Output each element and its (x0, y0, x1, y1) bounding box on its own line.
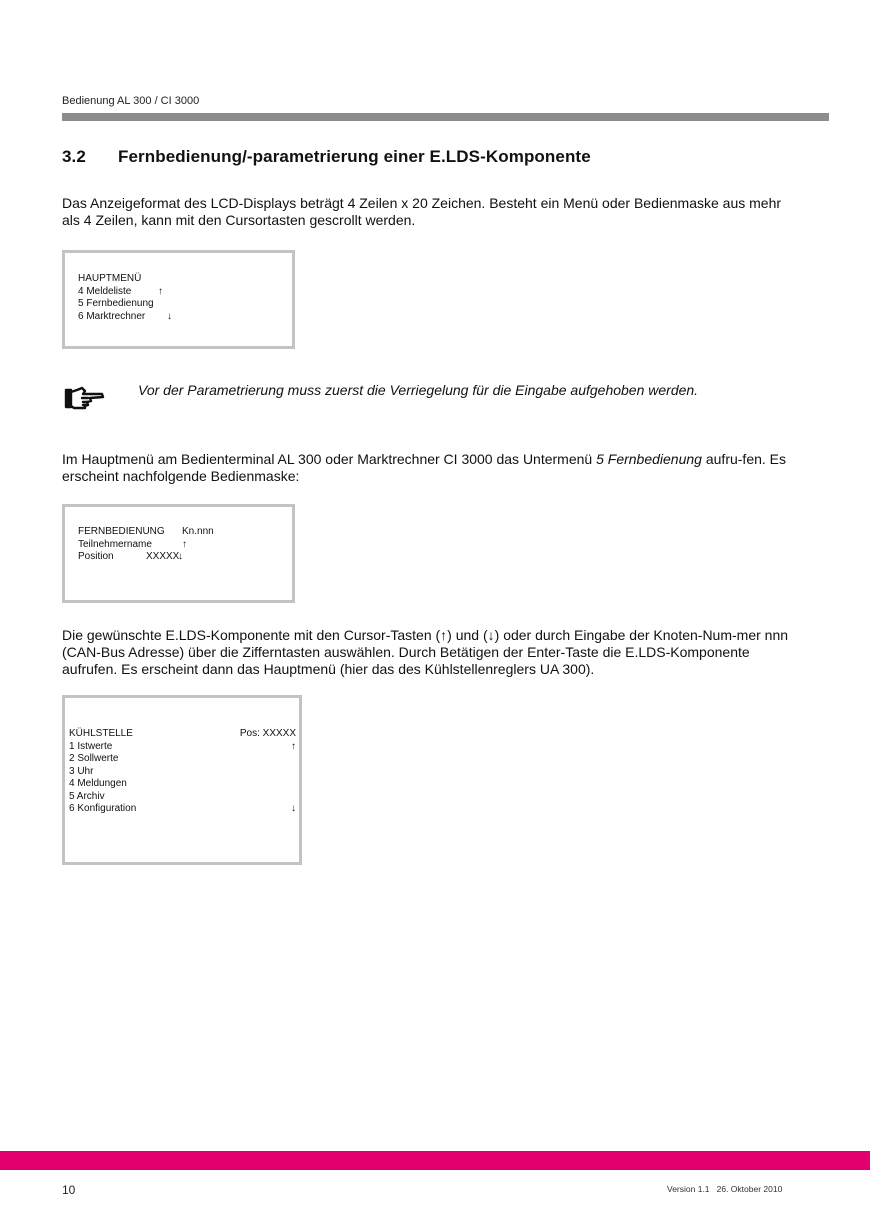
section-title: Fernbedienung/-parametrierung einer E.LD… (118, 147, 591, 166)
position-label: Position (78, 551, 114, 562)
intro-paragraph: Das Anzeigeformat des LCD-Displays beträ… (62, 195, 792, 229)
lcd-row: 5 Fernbedienung (78, 298, 292, 311)
instruction-paragraph: Im Hauptmenü am Bedienterminal AL 300 od… (62, 451, 792, 485)
lcd-title-row: KÜHLSTELLEPos: XXXXX (69, 728, 296, 741)
lcd-row: 6 Marktrechner↓ (78, 311, 292, 324)
lcd-title: HAUPTMENÜ (78, 273, 292, 286)
footer-accent-bar (0, 1151, 870, 1170)
lcd-row-label: 5 Archiv (69, 791, 105, 802)
arrow-up-icon: ↑ (158, 286, 163, 299)
lcd-row-label: 4 Meldungen (69, 778, 127, 789)
arrow-down-icon: ↓ (167, 311, 172, 324)
note-text: Vor der Parametrierung muss zuerst die V… (138, 382, 698, 398)
arrow-down-icon: ↓ (291, 803, 296, 816)
lcd-row-label: 2 Sollwerte (69, 753, 118, 764)
pointing-hand-icon (64, 385, 106, 411)
lcd-row: PositionXXXXX↓ (78, 551, 292, 564)
lcd-remote-control: FERNBEDIENUNGKn.nnn Teilnehmername↑ Posi… (62, 504, 295, 603)
participant-label: Teilnehmername (78, 539, 152, 550)
section-heading: 3.2Fernbedienung/-parametrierung einer E… (62, 147, 591, 167)
position-readout: Pos: XXXXX (240, 728, 296, 741)
section-number: 3.2 (62, 147, 118, 167)
lcd-title: FERNBEDIENUNG (78, 526, 165, 537)
arrow-up-icon: ↑ (182, 539, 187, 552)
arrow-up-icon: ↑ (291, 741, 296, 754)
lcd-cooling-point: KÜHLSTELLEPos: XXXXX 1 Istwerte↑ 2 Sollw… (62, 695, 302, 865)
lcd-main-menu: HAUPTMENÜ 4 Meldeliste↑ 5 Fernbedienung … (62, 250, 295, 349)
menu-reference: 5 Fernbedienung (596, 451, 702, 467)
lcd-row-label: 4 Meldeliste (78, 286, 131, 297)
lcd-row-label: 6 Marktrechner (78, 311, 145, 322)
version-info: Version 1.1 26. Oktober 2010 (667, 1184, 782, 1194)
lcd-title: KÜHLSTELLE (69, 728, 133, 739)
lcd-row-label: 3 Uhr (69, 766, 93, 777)
header-rule (62, 113, 829, 121)
lcd-row: 2 Sollwerte (69, 753, 296, 766)
position-value: XXXXX (146, 551, 179, 564)
lcd-title-row: FERNBEDIENUNGKn.nnn (78, 526, 292, 539)
page-number: 10 (62, 1183, 75, 1197)
lcd-row-label: 1 Istwerte (69, 741, 112, 752)
lcd-row: 1 Istwerte↑ (69, 741, 296, 754)
lcd-row: 6 Konfiguration↓ (69, 803, 296, 816)
lcd-row: 4 Meldeliste↑ (78, 286, 292, 299)
selection-paragraph: Die gewünschte E.LDS-Komponente mit den … (62, 627, 792, 678)
lcd-row-label: 5 Fernbedienung (78, 298, 154, 309)
lcd-row-label: 6 Konfiguration (69, 803, 136, 814)
arrow-down-icon: ↓ (178, 551, 183, 564)
lcd-row: 4 Meldungen (69, 778, 296, 791)
running-header: Bedienung AL 300 / CI 3000 (62, 95, 199, 107)
lcd-row: 5 Archiv (69, 791, 296, 804)
text-run: Im Hauptmenü am Bedienterminal AL 300 od… (62, 451, 596, 467)
lcd-row: 3 Uhr (69, 766, 296, 779)
node-number: Kn.nnn (182, 526, 214, 539)
lcd-row: Teilnehmername↑ (78, 539, 292, 552)
